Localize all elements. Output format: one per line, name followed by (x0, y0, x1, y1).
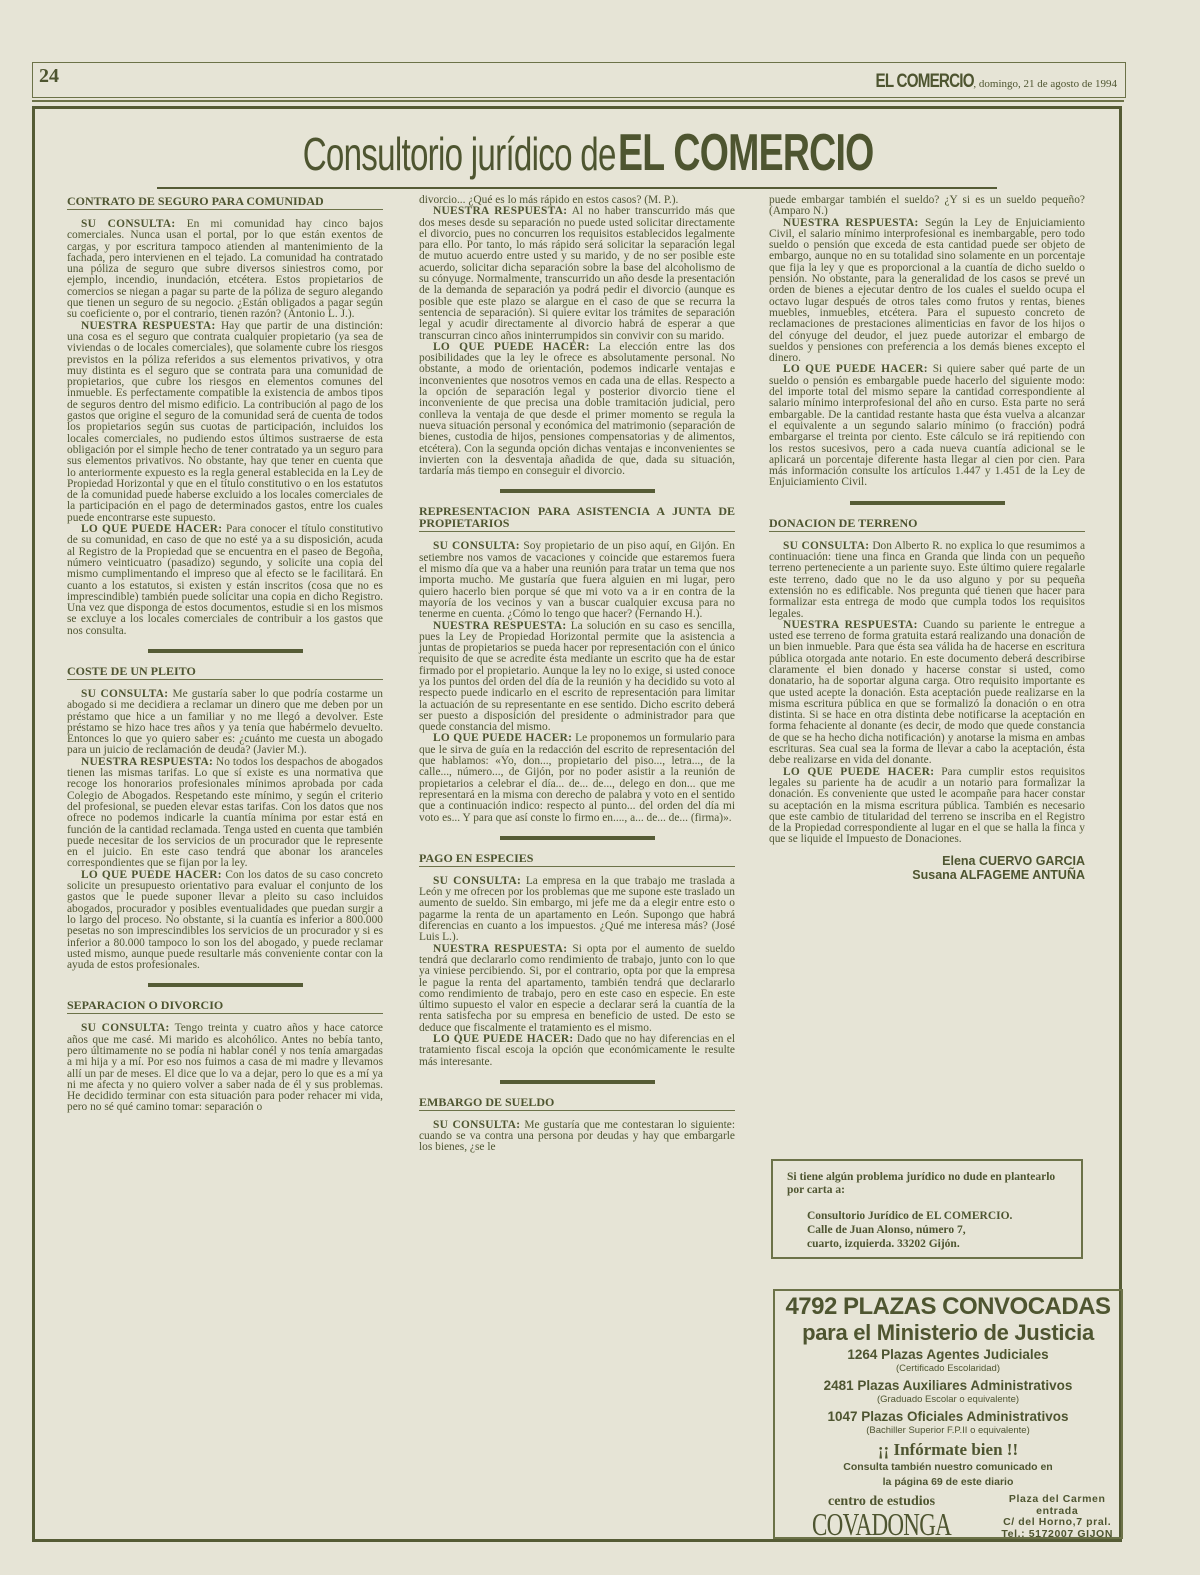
ad-item-title: 2481 Plazas Auxiliares Administrativos (775, 1378, 1121, 1393)
section-separator (850, 501, 1005, 505)
section-heading: REPRESENTACION PARA ASISTENCIA A JUNTA D… (419, 505, 735, 532)
hacer-paragraph: LO QUE PUEDE HACER: Para conocer el títu… (67, 524, 383, 637)
ad-headline: 4792 PLAZAS CONVOCADAS (775, 1294, 1121, 1320)
article-separacion-divorcio-cont: divorcio... ¿Qué es lo más rápido en est… (419, 195, 735, 477)
page-header: 24 EL COMERCIO, domingo, 21 de agosto de… (32, 62, 1126, 98)
issue-date: , domingo, 21 de agosto de 1994 (973, 78, 1117, 90)
ad-subheadline: para el Ministerio de Justicia (775, 1320, 1121, 1345)
consulta-paragraph: SU CONSULTA: Don Alberto R. no explica l… (769, 541, 1085, 620)
ad-note: la página 69 de este diario (775, 1475, 1121, 1490)
consulta-paragraph: SU CONSULTA: Tengo treinta y cuatro años… (67, 1023, 383, 1113)
article-separacion-divorcio-start: SEPARACION O DIVORCIO SU CONSULTA: Tengo… (67, 999, 383, 1113)
ad-note: Consulta también nuestro comunicado en (775, 1460, 1121, 1475)
ad-item-title: 1264 Plazas Agentes Judiciales (775, 1347, 1121, 1362)
section-separator (148, 983, 303, 987)
article-frame: Consultorio jurídico de EL COMERCIO CONT… (32, 106, 1122, 1542)
author-signature: Elena CUERVO GARCIA Susana ALFAGEME ANTU… (769, 854, 1085, 882)
article-donacion-terreno: DONACION DE TERRENO SU CONSULTA: Don Alb… (769, 517, 1085, 846)
column-2: divorcio... ¿Qué es lo más rápido en est… (419, 195, 735, 1154)
hacer-paragraph: LO QUE PUEDE HACER: Si quiere saber qué … (769, 364, 1085, 488)
respuesta-paragraph: NUESTRA RESPUESTA: Hay que partir de una… (67, 321, 383, 524)
section-heading: CONTRATO DE SEGURO PARA COMUNIDAD (67, 195, 383, 210)
section-separator (500, 1080, 655, 1084)
hacer-paragraph: LO QUE PUEDE HACER: La elección entre la… (419, 342, 735, 478)
author-name: Susana ALFAGEME ANTUÑA (769, 868, 1085, 882)
consulta-paragraph: SU CONSULTA: La empresa en la que trabaj… (419, 876, 735, 944)
consulta-paragraph: SU CONSULTA: Soy propietario de un piso … (419, 541, 735, 620)
header-divider (32, 100, 1124, 102)
hacer-paragraph: LO QUE PUEDE HACER: Le proponemos un for… (419, 733, 735, 823)
article-embargo-sueldo-cont: puede embargar también el sueldo? ¿Y si … (769, 195, 1085, 489)
newspaper-brand: EL COMERCIO (875, 71, 973, 93)
article-embargo-sueldo-start: EMBARGO DE SUELDO SU CONSULTA: Me gustar… (419, 1096, 735, 1154)
ad-address: Plaza del Carmen entrada C/ del Horno,7 … (1001, 1494, 1113, 1540)
consulta-continuation: puede embargar también el sueldo? ¿Y si … (769, 195, 1085, 218)
section-heading: SEPARACION O DIVORCIO (67, 999, 383, 1014)
column-1: CONTRATO DE SEGURO PARA COMUNIDAD SU CON… (67, 195, 383, 1114)
ad-logo: centro de estudios COVADONGA (785, 1494, 978, 1540)
page-number: 24 (39, 65, 59, 88)
respuesta-paragraph: NUESTRA RESPUESTA: No todos los despacho… (67, 757, 383, 870)
ad-item-requirement: (Certificado Escolaridad) (775, 1362, 1121, 1376)
ad-footer: centro de estudios COVADONGA Plaza del C… (775, 1490, 1121, 1540)
ad-item-requirement: (Graduado Escolar o equivalente) (775, 1393, 1121, 1407)
respuesta-paragraph: NUESTRA RESPUESTA: Según la Ley de Enjui… (769, 218, 1085, 365)
section-heading: DONACION DE TERRENO (769, 517, 1085, 532)
respuesta-paragraph: NUESTRA RESPUESTA: La solución en su cas… (419, 621, 735, 734)
hacer-paragraph: LO QUE PUEDE HACER: Para cumplir estos r… (769, 767, 1085, 846)
article-pago-especies: PAGO EN ESPECIES SU CONSULTA: La empresa… (419, 852, 735, 1068)
respuesta-paragraph: NUESTRA RESPUESTA: Al no haber transcurr… (419, 206, 735, 342)
consulta-paragraph: SU CONSULTA: En mi comunidad hay cinco b… (67, 219, 383, 321)
hacer-paragraph: LO QUE PUEDE HACER: Dado que no hay dife… (419, 1034, 735, 1068)
title-brand: EL COMERCIO (618, 123, 874, 183)
section-heading: PAGO EN ESPECIES (419, 852, 735, 867)
hacer-paragraph: LO QUE PUEDE HACER: Con los datos de su … (67, 870, 383, 972)
section-heading: EMBARGO DE SUELDO (419, 1096, 735, 1111)
respuesta-paragraph: NUESTRA RESPUESTA: Si opta por el aument… (419, 944, 735, 1034)
ad-item-requirement: (Bachiller Superior F.P.II o equivalente… (775, 1424, 1121, 1438)
ad-phone: Tel.: 5172007 GIJON (1001, 1529, 1113, 1541)
article-coste-pleito: COSTE DE UN PLEITO SU CONSULTA: Me gusta… (67, 665, 383, 971)
respuesta-paragraph: NUESTRA RESPUESTA: Cuando su pariente le… (769, 620, 1085, 767)
section-separator (148, 649, 303, 653)
contact-box: Si tiene algún problema jurídico no dude… (771, 1159, 1083, 1259)
contact-address: Consultorio Jurídico de EL COMERCIO. Cal… (787, 1209, 1067, 1251)
section-heading: COSTE DE UN PLEITO (67, 665, 383, 680)
column-3: puede embargar también el sueldo? ¿Y si … (769, 195, 1085, 882)
masthead: EL COMERCIO, domingo, 21 de agosto de 19… (851, 71, 1117, 93)
title-prefix: Consultorio jurídico de (303, 127, 616, 181)
ad-call-to-action: ¡¡ Infórmate bien !! (775, 1440, 1121, 1460)
consulta-paragraph: SU CONSULTA: Me gustaría que me contesta… (419, 1120, 735, 1154)
ad-item-title: 1047 Plazas Oficiales Administrativos (775, 1409, 1121, 1424)
section-separator (500, 489, 655, 493)
author-name: Elena CUERVO GARCIA (769, 854, 1085, 868)
section-separator (500, 836, 655, 840)
article-seguro-comunidad: CONTRATO DE SEGURO PARA COMUNIDAD SU CON… (67, 195, 383, 637)
page-title: Consultorio jurídico de EL COMERCIO (35, 123, 1119, 189)
article-representacion-junta: REPRESENTACION PARA ASISTENCIA A JUNTA D… (419, 505, 735, 823)
consulta-paragraph: SU CONSULTA: Me gustaría saber lo que po… (67, 689, 383, 757)
contact-intro: Si tiene algún problema jurídico no dude… (787, 1171, 1067, 1197)
advertisement-covadonga: 4792 PLAZAS CONVOCADAS para el Ministeri… (773, 1289, 1123, 1539)
